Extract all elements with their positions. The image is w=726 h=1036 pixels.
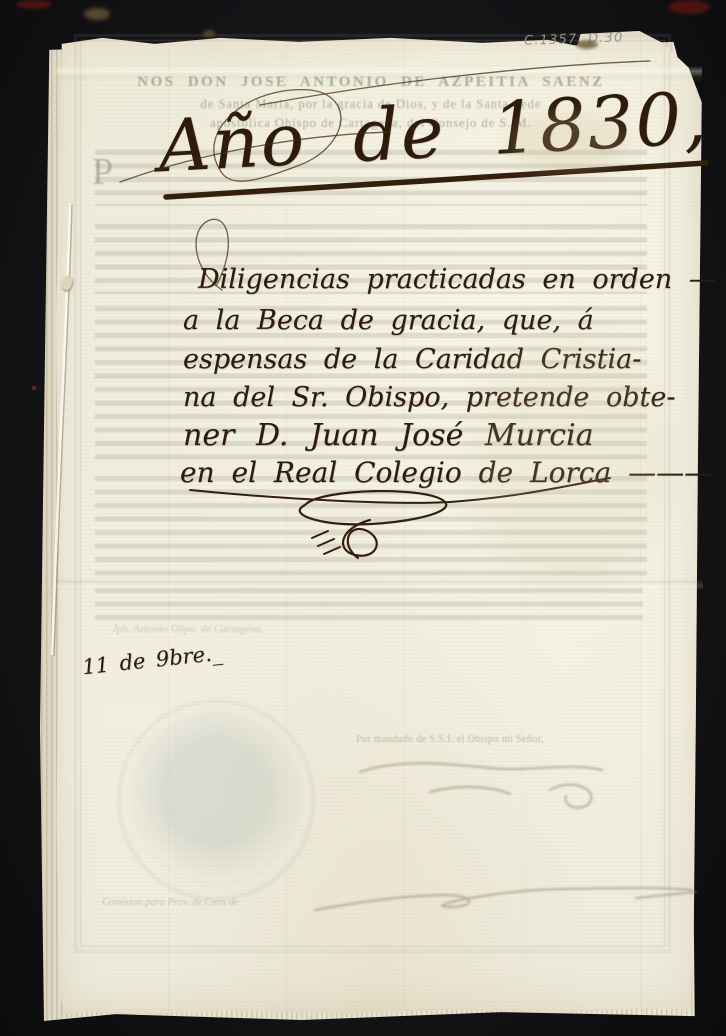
binding-corner-mark [16,0,52,9]
page-content: NOS DON JOSE ANTONIO DE AZPEITIA SAENZ d… [0,0,726,1036]
photo-background: NOS DON JOSE ANTONIO DE AZPEITIA SAENZ d… [0,0,726,1036]
faint-docket-line: Comision para Prov. de Cura de [102,897,239,908]
docket-flourish-squiggle [300,878,700,923]
body-line: Diligencias practicadas en orden — [198,264,716,295]
edge-stain [84,8,110,20]
bishop-seal-bleedthrough [118,700,314,900]
binding-corner-mark [668,0,710,14]
paper-discoloration [470,330,670,590]
verso-signature-squiggle [340,750,650,825]
red-speck [32,386,36,390]
binding-thread-crease [40,195,90,665]
faint-mandate-line: Por mandado de S.S.I. el Obispo mi Señor… [356,734,544,745]
edge-stain [576,40,598,49]
body-line: a la Beca de gracia, que, á [183,305,594,336]
faint-print-block [95,588,643,624]
paper-discoloration [508,112,628,172]
edge-stain [203,30,215,37]
faint-prelate-signature: Jph. Antonio Obpo. de Cartagena. [112,623,264,635]
year-flourish-strokes [100,50,720,220]
